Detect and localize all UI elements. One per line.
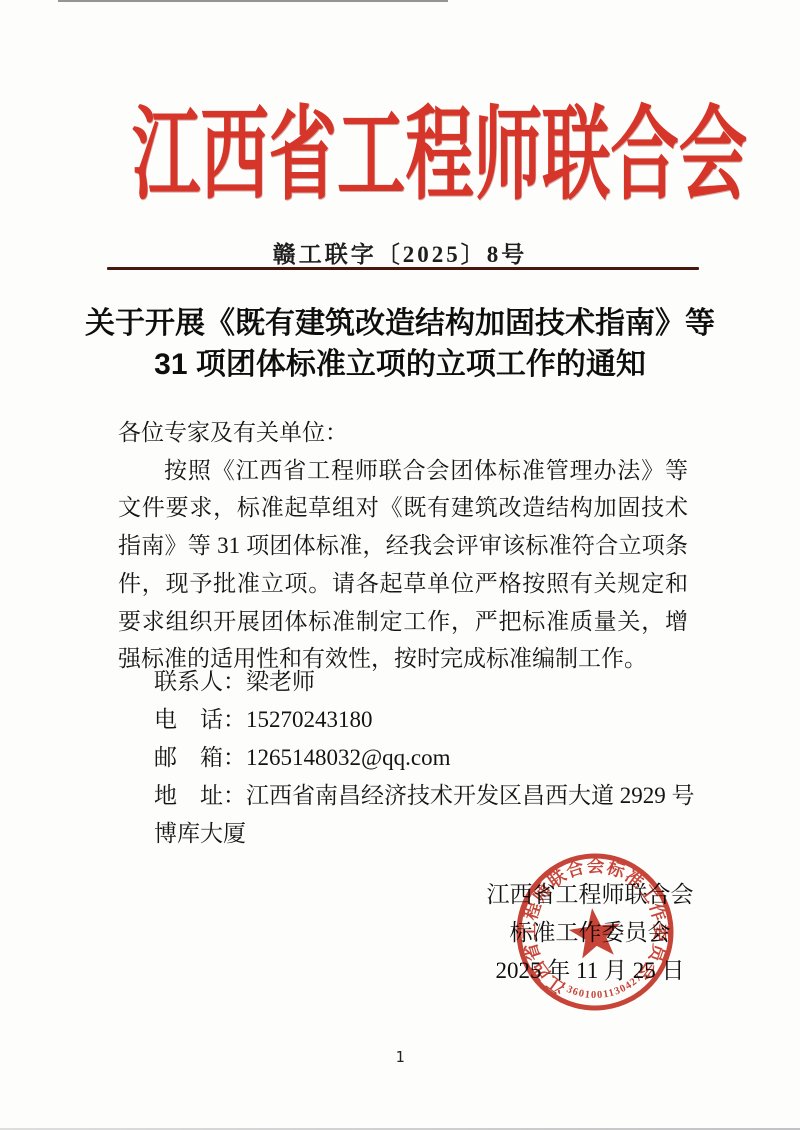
document-reference-number: 赣工联字〔2025〕8号 [0, 236, 800, 269]
scan-artifact-top [58, 0, 448, 2]
notice-title-line-2: 31 项团体标准立项的立项工作的通知 [50, 344, 750, 385]
page-number: 1 [0, 1048, 800, 1066]
contact-info-list: 联系人：梁老师 电 话：15270243180 邮 箱：1265148032@q… [154, 663, 714, 853]
contact-email-line: 邮 箱：1265148032@qq.com [154, 739, 714, 777]
body-paragraph: 按照《江西省工程师联合会团体标准管理办法》等文件要求，标准起草组对《既有建筑改造… [118, 452, 688, 678]
contact-address-line: 地 址：江西省南昌经济技术开发区昌西大道 2929 号博库大厦 [154, 777, 714, 853]
notice-title: 关于开展《既有建筑改造结构加固技术指南》等 31 项团体标准立项的立项工作的通知 [50, 303, 750, 385]
notice-document-page: 江西省工程师联合会 赣工联字〔2025〕8号 关于开展《既有建筑改造结构加固技术… [0, 0, 800, 1130]
organization-letterhead-title: 江西省工程师联合会 [132, 86, 668, 228]
notice-title-line-1: 关于开展《既有建筑改造结构加固技术指南》等 [50, 303, 750, 344]
salutation: 各位专家及有关单位： [118, 414, 688, 452]
contact-phone-line: 电 话：15270243180 [154, 701, 714, 739]
contact-person-line: 联系人：梁老师 [154, 663, 714, 701]
signature-committee: 标准工作委员会 [440, 914, 740, 952]
letterhead-divider-rule [107, 267, 699, 270]
signature-date: 2025 年 11 月 25 日 [440, 952, 740, 990]
notice-body: 各位专家及有关单位： 按照《江西省工程师联合会团体标准管理办法》等文件要求，标准… [118, 414, 688, 678]
signature-organization: 江西省工程师联合会 [440, 876, 740, 914]
signature-block: 江西省工程师联合会 标准工作委员会 2025 年 11 月 25 日 [440, 876, 740, 990]
